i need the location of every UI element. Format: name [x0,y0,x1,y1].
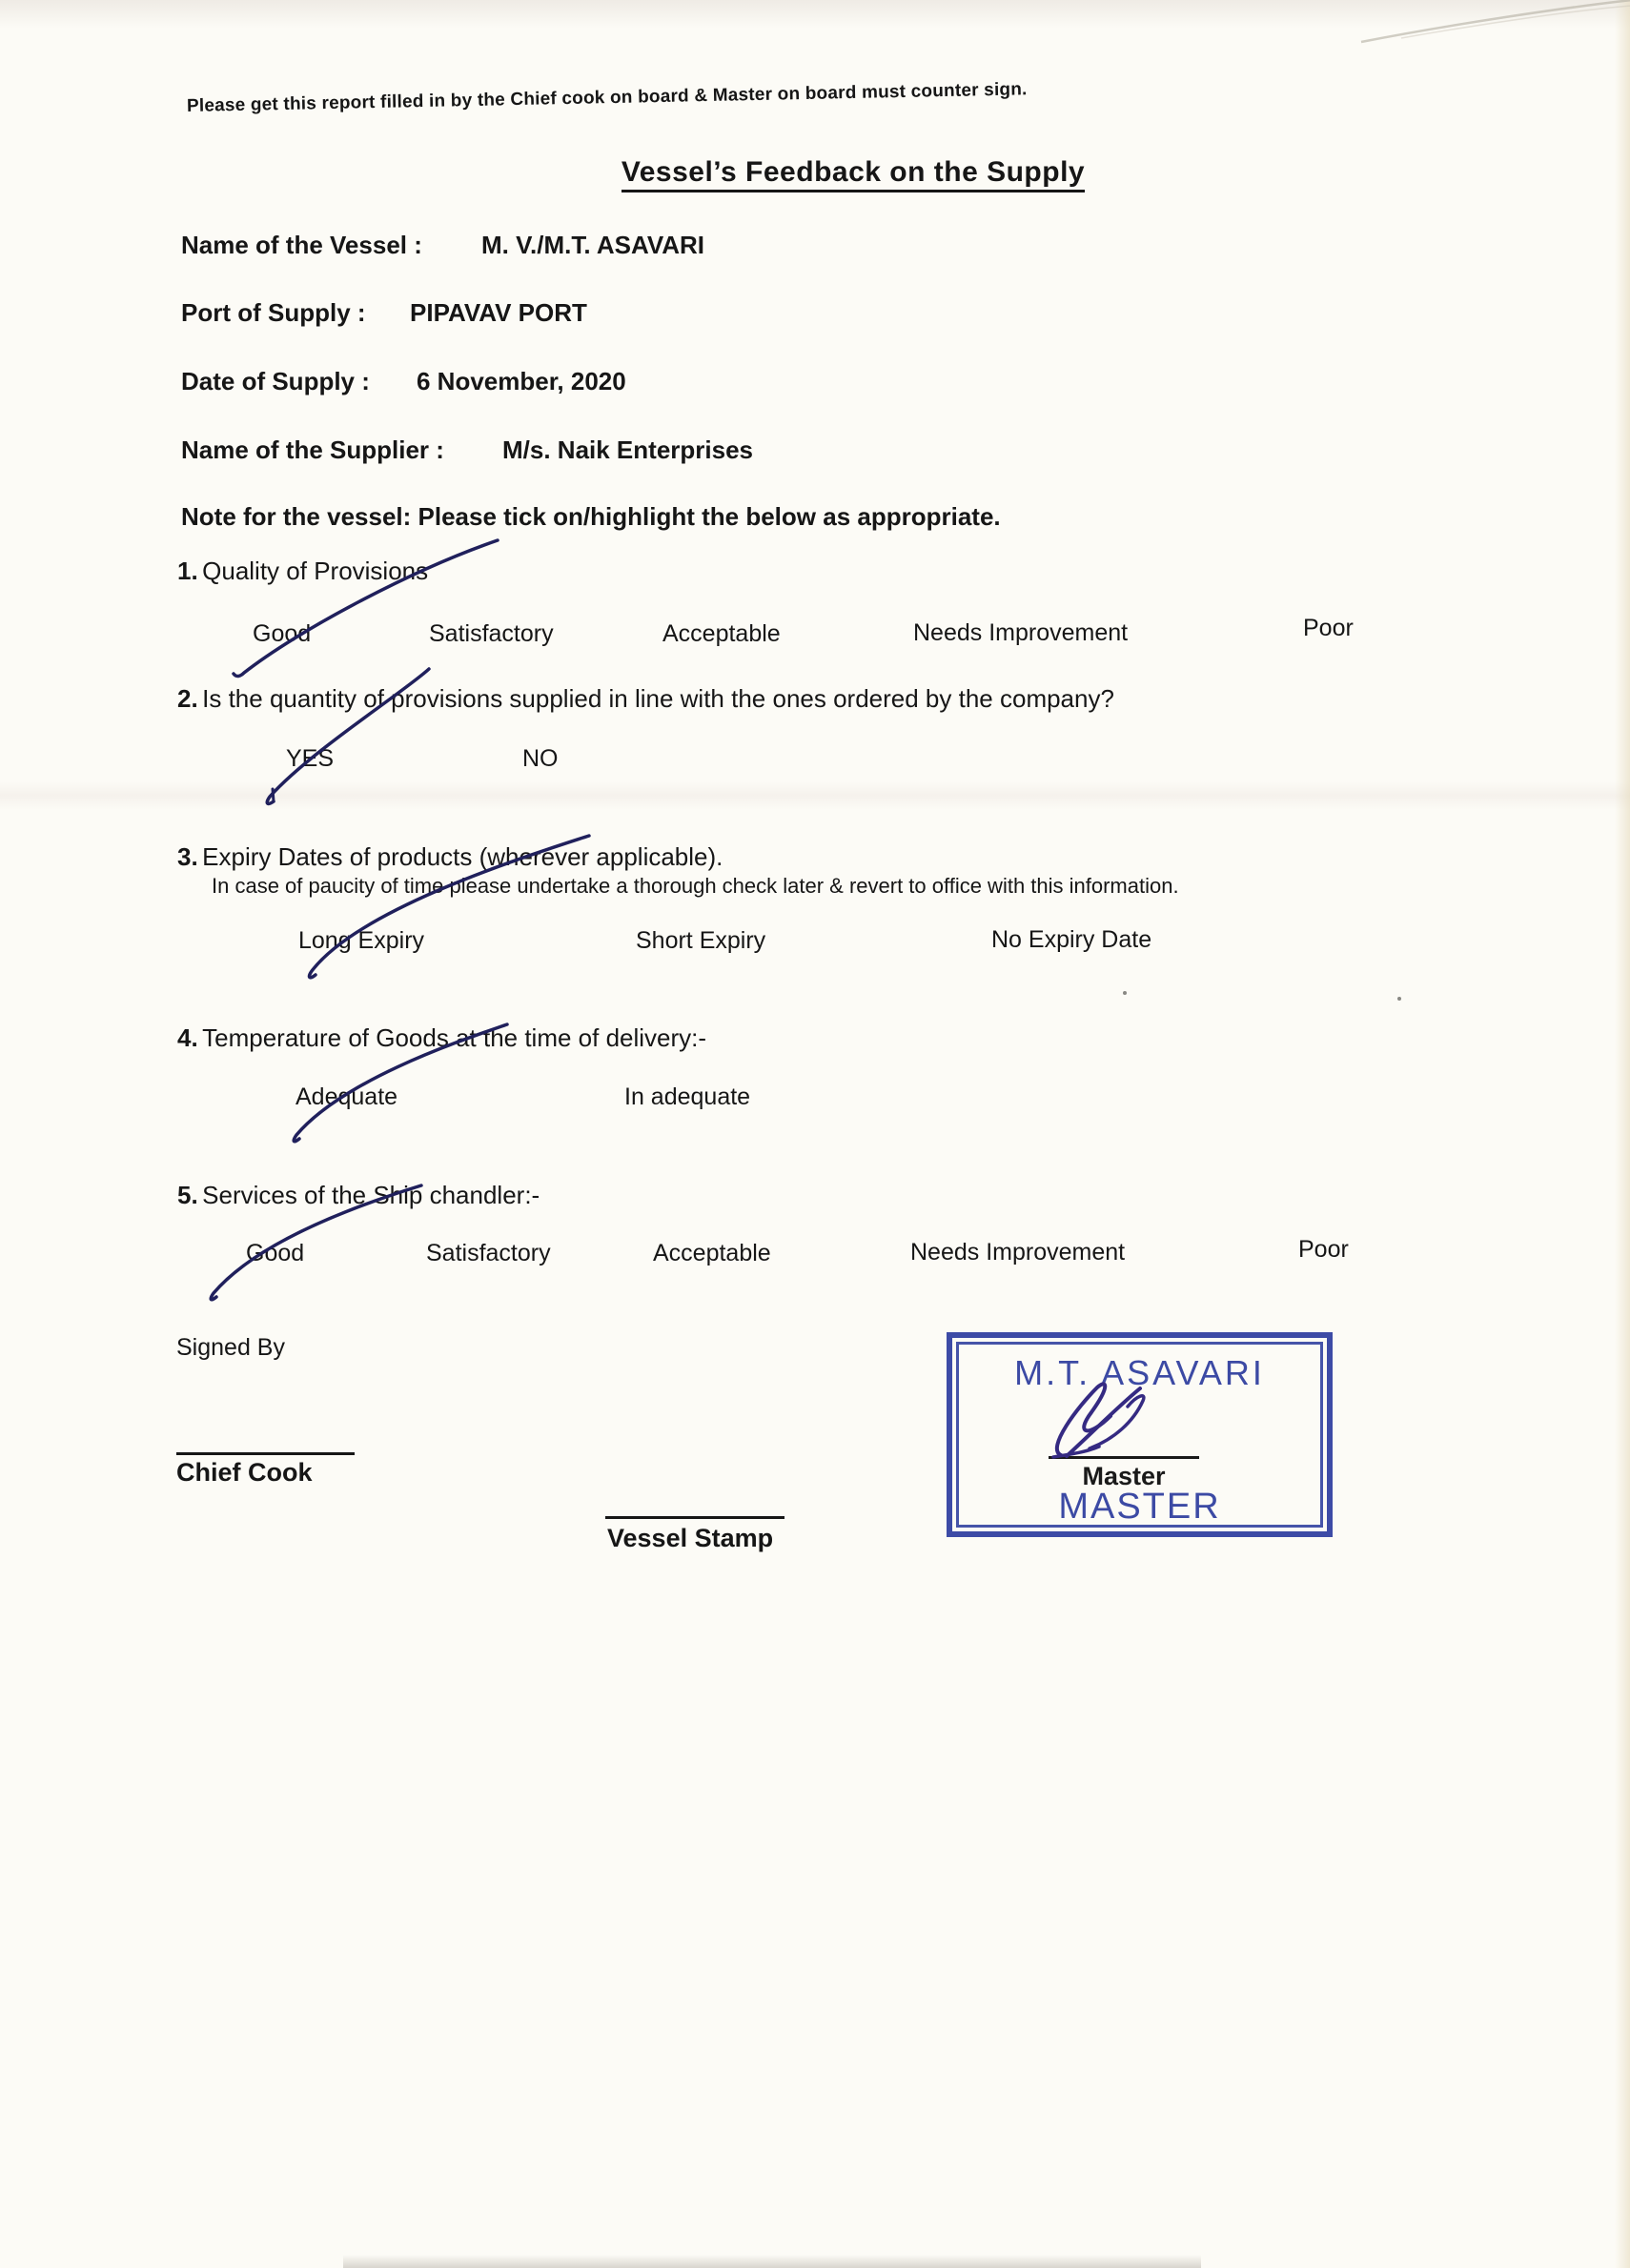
vessel-stamp-line [605,1516,784,1519]
q1-option-poor: Poor [1303,615,1354,642]
field-label-supplier: Name of the Supplier : [181,435,444,465]
tick-q2-yes-barb [273,789,274,801]
question-5: 5. Services of the Ship chandler:- [177,1181,540,1210]
q4-option-inadequate: In adequate [624,1083,750,1111]
field-label-date: Date of Supply : [181,367,370,396]
note-for-vessel: Note for the vessel: Please tick on/high… [181,502,1001,532]
scanned-feedback-form: Please get this report filled in by the … [0,0,1630,2268]
question-3-subnote: In case of paucity of time please undert… [212,874,1179,899]
q3-option-no-expiry-date: No Expiry Date [991,926,1151,954]
q5-option-acceptable: Acceptable [653,1240,771,1267]
top-instruction: Please get this report filled in by the … [187,79,1028,117]
q1-option-satisfactory: Satisfactory [429,620,554,648]
page-title: Vessel’s Feedback on the Supply [0,156,1630,189]
vessel-stamp-label: Vessel Stamp [607,1524,773,1553]
q3-option-long-expiry: Long Expiry [298,927,424,955]
field-value-supplier: M/s. Naik Enterprises [502,435,753,465]
q5-option-poor: Poor [1298,1236,1349,1264]
q2-option-no: NO [522,745,559,773]
pen-tick-marks [0,0,1630,2268]
field-value-vessel-name: M. V./M.T. ASAVARI [481,231,704,260]
scan-artifact-bottom-strip [343,2255,1201,2268]
q4-option-adequate: Adequate [295,1083,397,1111]
q3-option-short-expiry: Short Expiry [636,927,765,955]
scan-artifact-mid-band [0,781,1630,810]
question-1: 1. Quality of Provisions [177,557,428,586]
question-2: 2. Is the quantity of provisions supplie… [177,684,1114,714]
question-4: 4. Temperature of Goods at the time of d… [177,1023,706,1053]
chief-cook-label: Chief Cook [176,1458,313,1488]
master-signature [947,1332,1333,1537]
scan-speck [1397,997,1401,1001]
scan-speck [1123,991,1127,995]
q5-option-good: Good [246,1240,304,1267]
chief-cook-signature-line [176,1452,355,1455]
field-value-date: 6 November, 2020 [417,367,626,396]
vessel-stamp-imprint: M.T. ASAVARI Master MASTER [947,1332,1333,1537]
q5-option-needs-improvement: Needs Improvement [910,1239,1125,1266]
scan-artifact-right-strip [1615,0,1630,2268]
q1-option-acceptable: Acceptable [662,620,781,648]
question-3: 3. Expiry Dates of products (wherever ap… [177,842,723,872]
q5-option-satisfactory: Satisfactory [426,1240,551,1267]
scan-artifact-top-band [0,0,1630,29]
field-label-port: Port of Supply : [181,298,366,328]
signed-by-label: Signed By [176,1334,285,1362]
q1-option-needs-improvement: Needs Improvement [913,619,1128,647]
field-label-vessel-name: Name of the Vessel : [181,231,422,260]
field-value-port: PIPAVAV PORT [410,298,587,328]
q2-option-yes: YES [286,745,334,773]
q1-option-good: Good [253,620,311,648]
